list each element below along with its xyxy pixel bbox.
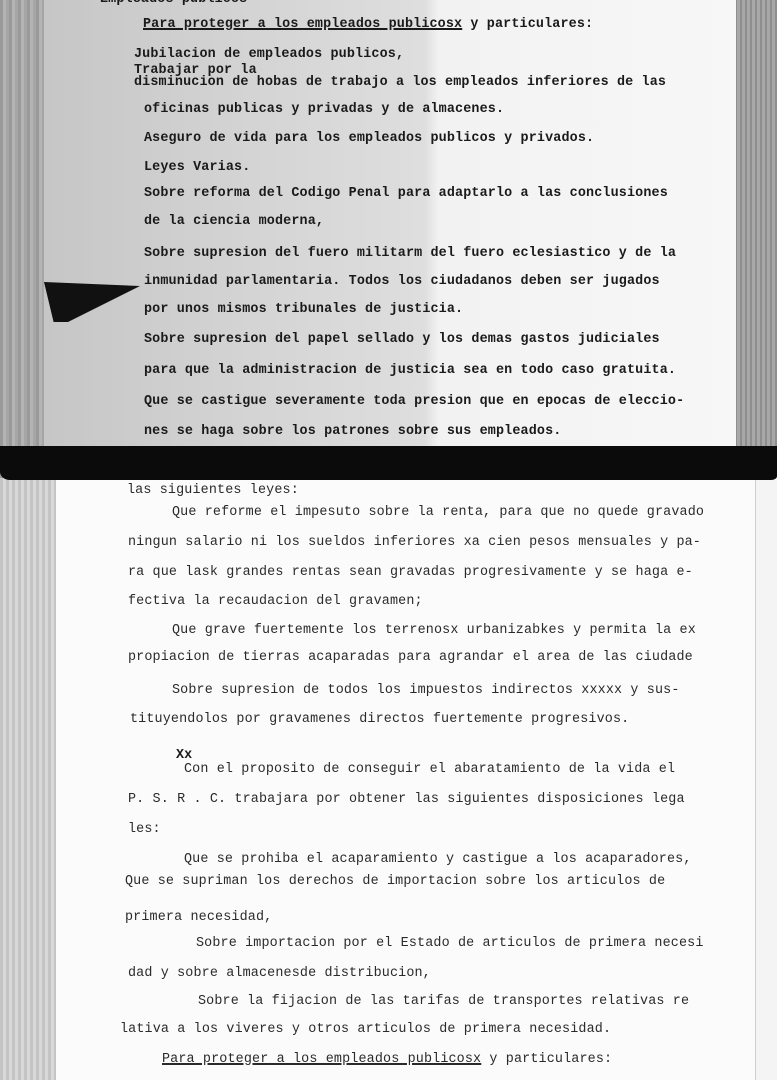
- closing-heading-rest: y particulares:: [481, 1052, 612, 1067]
- closing-heading-underlined: Para proteger a los empleados publicosx: [162, 1052, 481, 1067]
- doc-line: Xx: [176, 748, 192, 763]
- doc-line: las siguientes leyes:: [127, 483, 299, 498]
- doc-line: de la ciencia moderna,: [144, 214, 324, 229]
- doc-line: Aseguro de vida para los empleados publi…: [144, 131, 594, 146]
- doc-line: por unos mismos tribunales de justicia.: [144, 302, 463, 317]
- page-fold-shadow: [0, 446, 777, 480]
- scan-left-strip: [0, 478, 56, 1080]
- doc-line: propiacion de tierras acaparadas para ag…: [128, 650, 693, 665]
- doc-line: ningun salario ni los sueldos inferiores…: [128, 535, 701, 550]
- doc-line: Sobre importacion por el Estado de artic…: [196, 936, 704, 951]
- doc-line: Con el proposito de conseguir el abarata…: [184, 762, 675, 777]
- doc-line: Sobre reforma del Codigo Penal para adap…: [144, 186, 668, 201]
- doc-line: nes se haga sobre los patrones sobre sus…: [144, 424, 561, 439]
- doc-line: Sobre supresion del papel sellado y los …: [144, 332, 660, 347]
- closing-heading: Para proteger a los empleados publicosx …: [162, 1052, 612, 1067]
- top-fragment: Empleados publicos: [100, 0, 247, 7]
- section-heading-rest: y particulares:: [462, 17, 593, 32]
- doc-line: Jubilacion de empleados publicos,: [134, 47, 404, 62]
- doc-line: para que la administracion de justicia s…: [144, 363, 676, 378]
- section-heading: Para proteger a los empleados publicosx …: [143, 17, 593, 32]
- doc-line: fectiva la recaudacion del gravamen;: [128, 594, 423, 609]
- scan-right-margin: [735, 0, 777, 460]
- doc-line: Sobre supresion del fuero militarm del f…: [144, 246, 676, 261]
- doc-line: Que grave fuertemente los terrenosx urba…: [172, 623, 696, 638]
- doc-line: Que se castigue severamente toda presion…: [144, 394, 684, 409]
- doc-line: dad y sobre almacenesde distribucion,: [128, 966, 431, 981]
- doc-line: disminucion de hobas de trabajo a los em…: [134, 75, 666, 90]
- doc-line: tituyendolos por gravamenes directos fue…: [130, 712, 629, 727]
- doc-line: Que reforme el impesuto sobre la renta, …: [172, 505, 704, 520]
- section-heading-underlined: Para proteger a los empleados publicosx: [143, 17, 462, 32]
- doc-line: lativa a los viveres y otros articulos d…: [120, 1022, 611, 1037]
- doc-line: primera necesidad,: [125, 910, 272, 925]
- doc-line: Que se prohiba el acaparamiento y castig…: [184, 852, 692, 867]
- doc-line: Que se supriman los derechos de importac…: [125, 874, 665, 889]
- doc-line: P. S. R . C. trabajara por obtener las s…: [128, 792, 685, 807]
- doc-line: ra que lask grandes rentas sean gravadas…: [128, 565, 693, 580]
- doc-line: oficinas publicas y privadas y de almace…: [144, 102, 504, 117]
- doc-line: inmunidad parlamentaria. Todos los ciuda…: [144, 274, 660, 289]
- doc-line: Sobre supresion de todos los impuestos i…: [172, 683, 680, 698]
- doc-line: Leyes Varias.: [144, 160, 250, 175]
- scanned-document: Empleados publicos Para proteger a los e…: [0, 0, 777, 1080]
- doc-line: Sobre la fijacion de las tarifas de tran…: [198, 994, 689, 1009]
- scan-right-strip: [755, 478, 777, 1080]
- doc-line: les:: [128, 822, 161, 837]
